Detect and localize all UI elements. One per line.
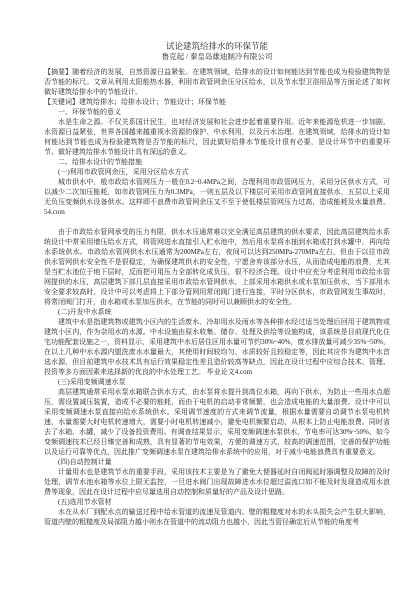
- paragraph-auto-metering: 计量用水也是建筑节水的重要手段，采用该技术主要是为了避免大便器延时自闭阀延时器调…: [44, 467, 390, 497]
- keywords-line: 【关键词】建筑给排水；给排水设计；节能设计；环保节能: [44, 97, 390, 107]
- subsection-heading-2-4: (四)自动控制计量: [44, 457, 390, 467]
- section-heading-1: 一、环保节能的意义: [44, 107, 390, 117]
- paragraph-significance: 水是生命之源。不仅关系国计民生，也对经济发展和社会进步起着重要作用。近年来能源危…: [44, 117, 390, 157]
- abstract-paragraph: 【摘要】随着经济的发展，自然资源日益紧张。在建筑领域，给排水的设计如何能达到节能…: [44, 67, 390, 97]
- paragraph-pipe-material: 水在从水厂到配水点的输送过程中给水管道的流速及管道内、壁的粗糙度对水的水头损失会…: [44, 507, 390, 527]
- paragraph-reclaimed-water: 建筑中水是指建筑物或建筑小区内的生活废水、冷却用水及雨水等各种排水经过适当处理后…: [44, 317, 390, 377]
- subsection-heading-2-3: (三)采用变频调速水泵: [44, 377, 390, 387]
- paragraph-variable-pump: 高层建筑通常采用水泵水箱联合供水方式，由水泵将水提升到高位水箱，再向下供水，为防…: [44, 387, 390, 457]
- subsection-heading-2-2: (二)开发中水系统: [44, 307, 390, 317]
- subsection-heading-2-5: (五)选用节水管材: [44, 497, 390, 507]
- paragraph-zone-supply-2: 由于市政给水管网承受的压力有限，供水水压通常难以完全满足高层建筑的供水要求，因此…: [44, 227, 390, 307]
- author-line: 鲁克起 / 秦皇岛雄迪制冷有限公司: [44, 52, 390, 62]
- subsection-heading-2-1: (一)利用市政管网余压，采用分区给水方式: [44, 167, 390, 177]
- section-heading-2: 二、给排水设计的节能措施: [44, 157, 390, 167]
- page-title: 试论建筑给排水的环保节能: [44, 41, 390, 52]
- paragraph-zone-supply-1: 城市供水中，般市政给水管网压力一般在0.2~0.4MPa之间，合理利用市政管网压…: [44, 177, 390, 217]
- document-page: 试论建筑给排水的环保节能 鲁克起 / 秦皇岛雄迪制冷有限公司 【摘要】随着经济的…: [0, 0, 417, 590]
